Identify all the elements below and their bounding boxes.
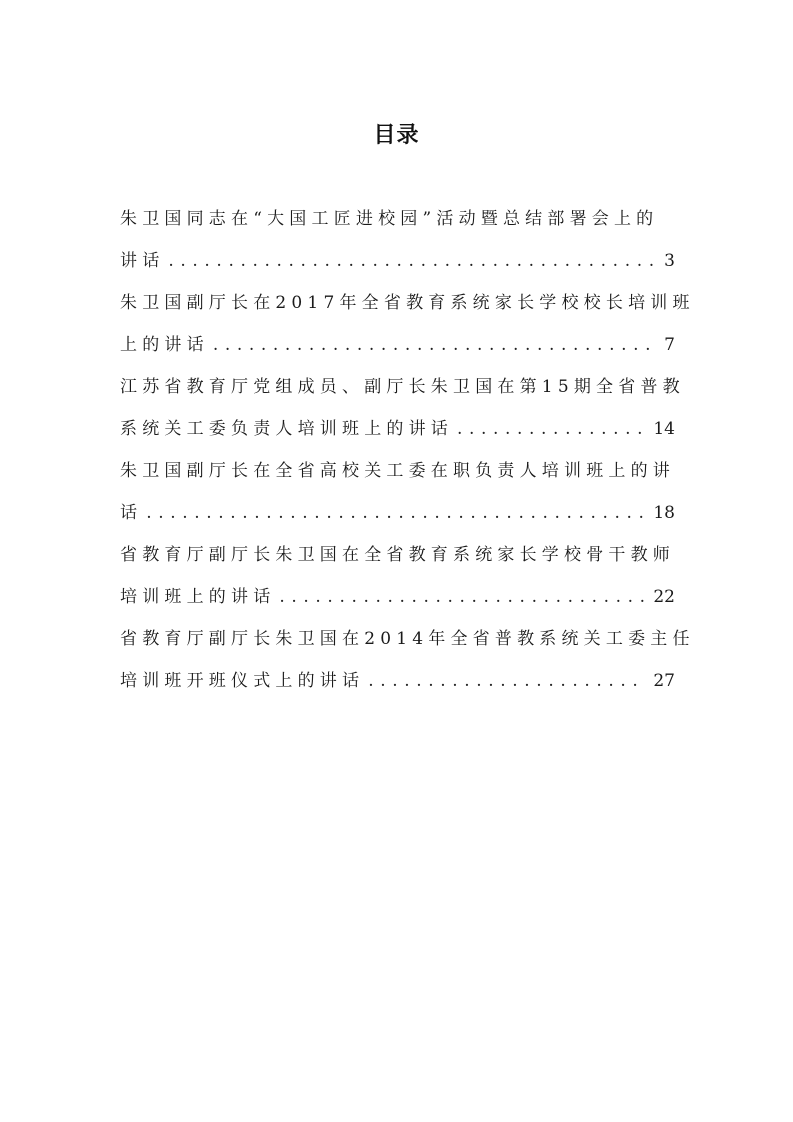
toc-entry-leader-line: 培训班开班仪式上的讲话 27	[120, 660, 675, 702]
toc-page-number: 27	[653, 660, 675, 702]
document-page: 目录 朱卫国同志在“大国工匠进校园”活动暨总结部署会上的 讲话 3 朱卫国副厅长…	[0, 0, 793, 1122]
dot-leader	[368, 660, 645, 702]
toc-page-number: 3	[664, 240, 675, 282]
toc-entry-title-line: 省教育厅副厅长朱卫国在全省教育系统家长学校骨干教师	[120, 534, 675, 576]
toc-page-number: 18	[653, 492, 675, 534]
dot-leader	[146, 492, 645, 534]
table-of-contents: 朱卫国同志在“大国工匠进校园”活动暨总结部署会上的 讲话 3 朱卫国副厅长在20…	[120, 198, 675, 702]
toc-entry-title-line: 朱卫国同志在“大国工匠进校园”活动暨总结部署会上的	[120, 198, 675, 240]
toc-entry[interactable]: 省教育厅副厅长朱卫国在2014年全省普教系统关工委主任 培训班开班仪式上的讲话 …	[120, 618, 675, 702]
dot-leader	[213, 324, 656, 366]
toc-page-number: 7	[664, 324, 675, 366]
toc-entry-title-line: 朱卫国副厅长在2017年全省教育系统家长学校校长培训班	[120, 282, 675, 324]
toc-entry-title-continuation: 讲话	[120, 240, 164, 282]
dot-leader	[168, 240, 656, 282]
toc-entry-leader-line: 讲话 3	[120, 240, 675, 282]
toc-entry-title-line: 江苏省教育厅党组成员、副厅长朱卫国在第15期全省普教	[120, 366, 675, 408]
toc-entry-title-continuation: 培训班上的讲话	[120, 576, 275, 618]
toc-entry-leader-line: 培训班上的讲话 22	[120, 576, 675, 618]
toc-entry-leader-line: 上的讲话 7	[120, 324, 675, 366]
toc-entry[interactable]: 朱卫国副厅长在全省高校关工委在职负责人培训班上的讲 话 18	[120, 450, 675, 534]
toc-entry-title-continuation: 系统关工委负责人培训班上的讲话	[120, 408, 453, 450]
toc-entry-title-continuation: 培训班开班仪式上的讲话	[120, 660, 364, 702]
toc-entry[interactable]: 江苏省教育厅党组成员、副厅长朱卫国在第15期全省普教 系统关工委负责人培训班上的…	[120, 366, 675, 450]
toc-entry-title-continuation: 上的讲话	[120, 324, 209, 366]
toc-entry-title-line: 朱卫国副厅长在全省高校关工委在职负责人培训班上的讲	[120, 450, 675, 492]
toc-entry-leader-line: 系统关工委负责人培训班上的讲话 14	[120, 408, 675, 450]
dot-leader	[279, 576, 645, 618]
toc-entry-title-continuation: 话	[120, 492, 142, 534]
toc-entry[interactable]: 朱卫国副厅长在2017年全省教育系统家长学校校长培训班 上的讲话 7	[120, 282, 675, 366]
toc-entry-leader-line: 话 18	[120, 492, 675, 534]
toc-page-number: 22	[653, 576, 675, 618]
toc-entry[interactable]: 省教育厅副厅长朱卫国在全省教育系统家长学校骨干教师 培训班上的讲话 22	[120, 534, 675, 618]
dot-leader	[457, 408, 645, 450]
toc-title: 目录	[0, 118, 793, 149]
toc-entry-title-line: 省教育厅副厅长朱卫国在2014年全省普教系统关工委主任	[120, 618, 675, 660]
toc-entry[interactable]: 朱卫国同志在“大国工匠进校园”活动暨总结部署会上的 讲话 3	[120, 198, 675, 282]
toc-page-number: 14	[653, 408, 675, 450]
